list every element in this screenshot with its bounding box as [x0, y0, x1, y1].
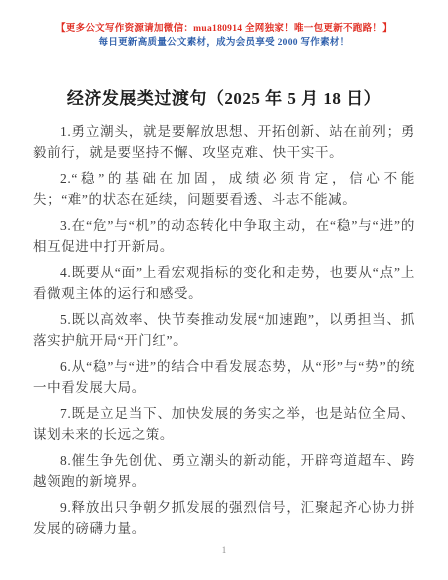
page-number: 1 — [222, 545, 227, 555]
promo-line-red: 【更多公文写作资源请加微信：mua180914 全网独家！唯一包更新不跑路！】 — [0, 22, 448, 36]
document-body: 1.勇立潮头，就是要解放思想、开拓创新、站在前列；勇毅前行，就是要坚持不懈、攻坚… — [33, 121, 415, 539]
paragraph-1: 1.勇立潮头，就是要解放思想、开拓创新、站在前列；勇毅前行，就是要坚持不懈、攻坚… — [33, 121, 415, 163]
page-title: 经济发展类过渡句（2025 年 5 月 18 日） — [30, 84, 418, 109]
paragraph-7: 7.既是立足当下、加快发展的务实之举，也是站位全局、谋划未来的长远之策。 — [33, 403, 415, 445]
promo-line-blue: 每日更新高质量公文素材，成为会员享受 2000 写作素材！ — [0, 36, 448, 50]
paragraph-6: 6.从“稳”与“进”的结合中看发展态势，从“形”与“势”的统一中看发展大局。 — [33, 356, 415, 398]
paragraph-8: 8.催生争先创优、勇立潮头的新动能，开辟弯道超车、跨越领跑的新境界。 — [33, 450, 415, 492]
paragraph-9: 9.释放出只争朝夕抓发展的强烈信号，汇聚起齐心协力拼发展的磅礴力量。 — [33, 497, 415, 539]
document-page: 【更多公文写作资源请加微信：mua180914 全网独家！唯一包更新不跑路！】 … — [0, 0, 448, 580]
paragraph-2: 2.“稳”的基础在加固，成绩必须肯定，信心不能失；“难”的状态在延续，问题要看透… — [33, 168, 415, 210]
paragraph-5: 5.既以高效率、快节奏推动发展“加速跑”，以勇担当、抓落实护航开局“开门红”。 — [33, 309, 415, 351]
paragraph-4: 4.既要从“面”上看宏观指标的变化和走势，也要从“点”上看微观主体的运行和感受。 — [33, 262, 415, 304]
paragraph-3: 3.在“危”与“机”的动态转化中争取主动，在“稳”与“进”的相互促进中打开新局。 — [33, 215, 415, 257]
page-footer: 1 — [0, 540, 448, 558]
promo-header: 【更多公文写作资源请加微信：mua180914 全网独家！唯一包更新不跑路！】 … — [0, 0, 448, 50]
